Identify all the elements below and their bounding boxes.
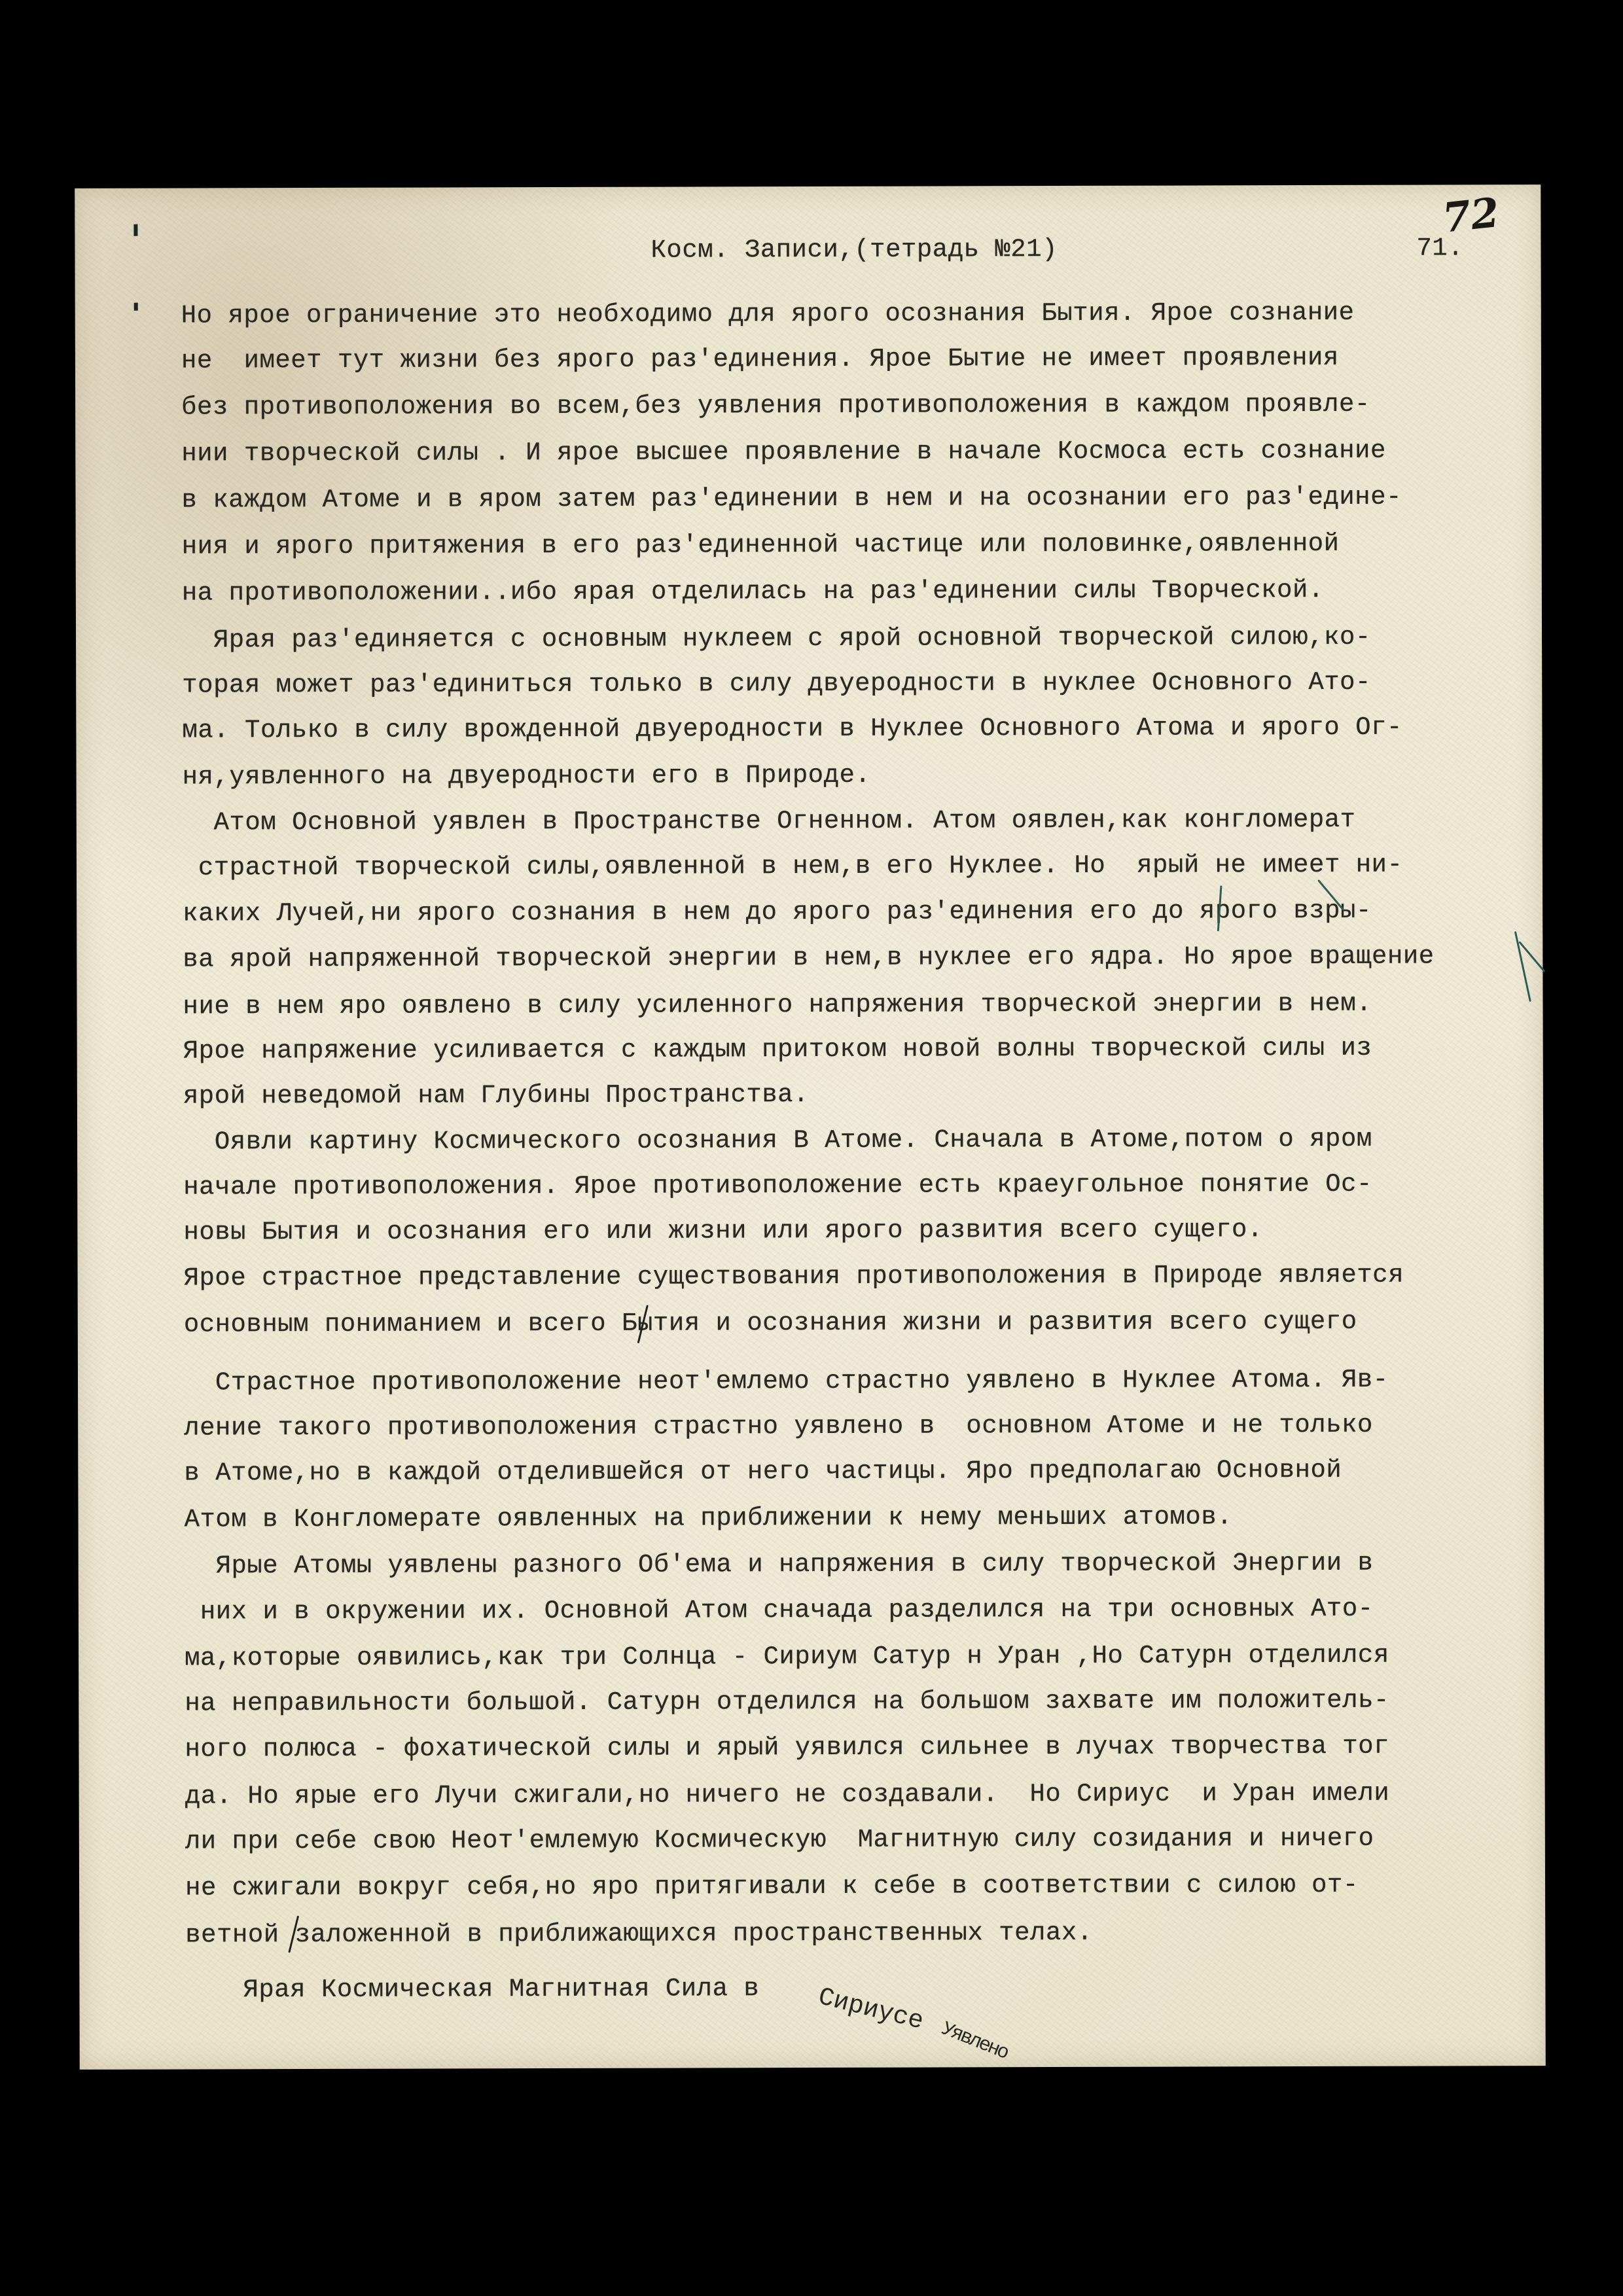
text-line: ма. Только в силу врожденной двуеродност… xyxy=(182,715,1402,744)
text-line: Атом в Конгломерате оявленных на приближ… xyxy=(185,1504,1233,1532)
slipped-typed-word: Сириусе xyxy=(815,1983,927,2036)
text-line: не имеет тут жизни без ярого раз'единени… xyxy=(181,345,1339,374)
text-line: ние в нем яро оявлено в силу усиленного … xyxy=(183,991,1372,1020)
text-line: новы Бытия и осознания его или жизни или… xyxy=(183,1217,1262,1245)
text-line: в Атоме,но в каждой отделившейся от него… xyxy=(184,1458,1342,1487)
final-text-line: Ярая Космическая Магнитная Сила в xyxy=(243,1976,775,2003)
margin-tick-mark xyxy=(134,224,137,236)
text-line: не сжигали вокруг себя,но яро притягивал… xyxy=(185,1873,1359,1901)
text-line: на противоположении..ибо ярая отделилась… xyxy=(182,578,1324,607)
text-line: ня,уявленного на двуеродности его в Прир… xyxy=(183,763,871,790)
text-line: ветной заложенной в приближающихся прост… xyxy=(185,1920,1093,1949)
text-line: Страстное противоположение неот'емлемо с… xyxy=(184,1368,1389,1396)
text-line: ление такого противоположения страстно у… xyxy=(184,1413,1373,1441)
text-line: основным пониманием и всего Бытия и осоз… xyxy=(184,1309,1357,1338)
slipped-typed-word: Уявлено xyxy=(938,2018,1010,2064)
text-line: на неправильности большой. Сатурн отдели… xyxy=(185,1688,1389,1717)
page-number: 71. xyxy=(1416,236,1463,261)
text-line: них и в окружении их. Основной Атом снач… xyxy=(185,1597,1374,1625)
text-line: торая может раз'единиться только в силу … xyxy=(182,670,1371,699)
text-line: Ярая раз'единяется с основным нуклеем с … xyxy=(182,625,1371,654)
text-line: ма,которые оявились,как три Солнца - Сир… xyxy=(185,1643,1389,1672)
text-line: Оявли картину Космического осознания В А… xyxy=(183,1127,1372,1156)
text-line: Ярое напряжение усиливается с каждым при… xyxy=(183,1036,1372,1065)
text-line: нии творческой силы . И ярое высшее проя… xyxy=(181,438,1386,467)
page-header-title: Косм. Записи,(тетрадь №21) xyxy=(651,237,1058,264)
text-line: ного полюса - фохатической силы и ярый у… xyxy=(185,1734,1389,1763)
text-line: в каждом Атоме и в яром затем раз'единен… xyxy=(181,485,1402,514)
text-line: Ярое страстное представление существован… xyxy=(184,1263,1404,1292)
text-line: да. Но ярые его Лучи сжигали,но ничего н… xyxy=(185,1781,1390,1810)
text-line: без противоположения во всем,без уявлени… xyxy=(181,392,1370,421)
text-line: Атом Основной уявлен в Пространстве Огне… xyxy=(183,807,1356,836)
text-line: Ярые Атомы уявлены разного Об'ема и напр… xyxy=(185,1551,1374,1580)
text-line: ярой неведомой нам Глубины Пространства. xyxy=(183,1082,809,1110)
text-line: ли при себе свою Неот'емлемую Космическу… xyxy=(185,1826,1374,1855)
text-line: каких Лучей,ни ярого сознания в нем до я… xyxy=(183,898,1372,927)
margin-tick-mark xyxy=(134,303,138,311)
pen-correction-mark xyxy=(1514,931,1531,1002)
text-line: ва ярой напряженной творческой энергии в… xyxy=(183,944,1434,973)
text-line: страстной творческой силы,оявленной в не… xyxy=(183,853,1403,881)
text-line: Но ярое ограничение это необходимо для я… xyxy=(181,300,1355,329)
document-page: 72 Косм. Записи,(тетрадь №21) 71. Но яро… xyxy=(75,185,1546,2070)
text-line: начале противоположения. Ярое противопол… xyxy=(183,1172,1372,1201)
text-line: ния и ярого притяжения в его раз'единенн… xyxy=(182,531,1340,560)
